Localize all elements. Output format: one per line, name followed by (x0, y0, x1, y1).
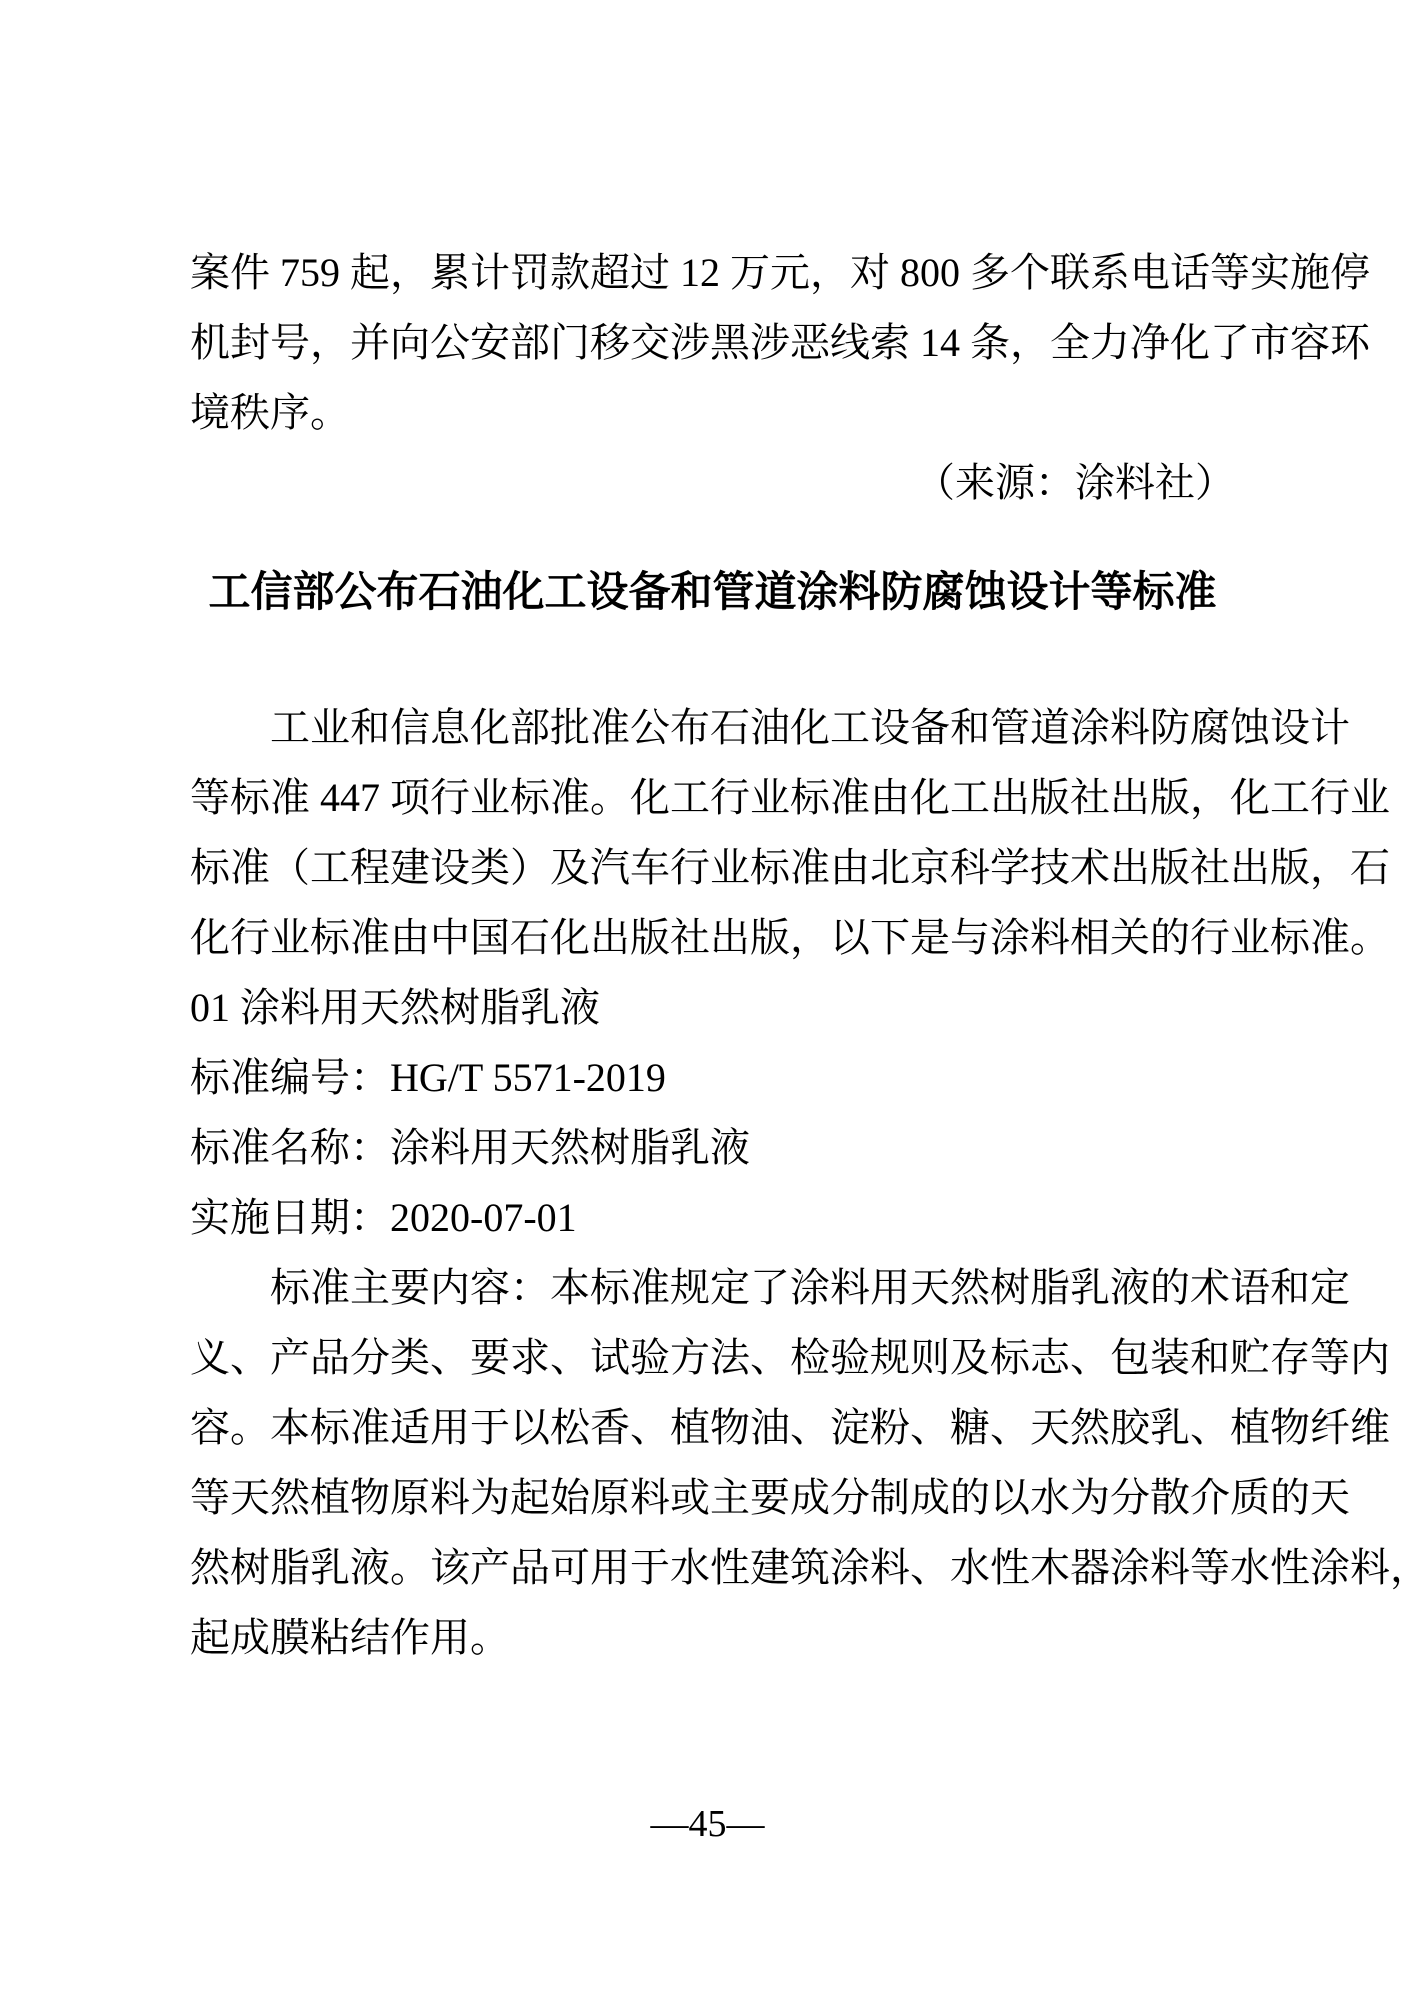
standard-item: 01 涂料用天然树脂乳液 标准编号：HG/T 5571-2019 标准名称：涂料… (190, 973, 1235, 1253)
paragraph-line: 标准（工程建设类）及汽车行业标准由北京科学技术出版社出版，石 (190, 833, 1235, 903)
paragraph-line: 义、产品分类、要求、试验方法、检验规则及标志、包装和贮存等内 (190, 1323, 1235, 1393)
page-number: —45— (0, 1800, 1415, 1848)
standard-number-line: 标准编号：HG/T 5571-2019 (190, 1043, 1235, 1113)
source-attribution: （来源：涂料社） (190, 448, 1235, 518)
paragraph-line: 等标准 447 项行业标准。化工行业标准由化工出版社出版，化工行业 (190, 763, 1235, 833)
standard-item-title: 01 涂料用天然树脂乳液 (190, 973, 1235, 1043)
page-content: 案件 759 起，累计罚款超过 12 万元，对 800 多个联系电话等实施停 机… (190, 238, 1235, 1673)
document-page: 案件 759 起，累计罚款超过 12 万元，对 800 多个联系电话等实施停 机… (0, 0, 1415, 2000)
paragraph-line: 标准主要内容：本标准规定了涂料用天然树脂乳液的术语和定 (190, 1253, 1235, 1323)
paragraph-line: 境秩序。 (190, 378, 1235, 448)
paragraph-line: 等天然植物原料为起始原料或主要成分制成的以水为分散介质的天 (190, 1463, 1235, 1533)
paragraph-intro: 工业和信息化部批准公布石油化工设备和管道涂料防腐蚀设计 等标准 447 项行业标… (190, 693, 1235, 973)
paragraph-prev-continuation: 案件 759 起，累计罚款超过 12 万元，对 800 多个联系电话等实施停 机… (190, 238, 1235, 448)
paragraph-line: 化行业标准由中国石化出版社出版，以下是与涂料相关的行业标准。 (190, 903, 1235, 973)
paragraph-line: 起成膜粘结作用。 (190, 1603, 1235, 1673)
implementation-date-line: 实施日期：2020-07-01 (190, 1183, 1235, 1253)
standard-name-line: 标准名称：涂料用天然树脂乳液 (190, 1113, 1235, 1183)
article-heading: 工信部公布石油化工设备和管道涂料防腐蚀设计等标准 (190, 558, 1235, 628)
paragraph-line: 容。本标准适用于以松香、植物油、淀粉、糖、天然胶乳、植物纤维 (190, 1393, 1235, 1463)
paragraph-line: 案件 759 起，累计罚款超过 12 万元，对 800 多个联系电话等实施停 (190, 238, 1235, 308)
paragraph-line: 机封号，并向公安部门移交涉黑涉恶线索 14 条，全力净化了市容环 (190, 308, 1235, 378)
paragraph-line: 然树脂乳液。该产品可用于水性建筑涂料、水性木器涂料等水性涂料， (190, 1533, 1235, 1603)
paragraph-line: 工业和信息化部批准公布石油化工设备和管道涂料防腐蚀设计 (190, 693, 1235, 763)
paragraph-content: 标准主要内容：本标准规定了涂料用天然树脂乳液的术语和定 义、产品分类、要求、试验… (190, 1253, 1235, 1673)
